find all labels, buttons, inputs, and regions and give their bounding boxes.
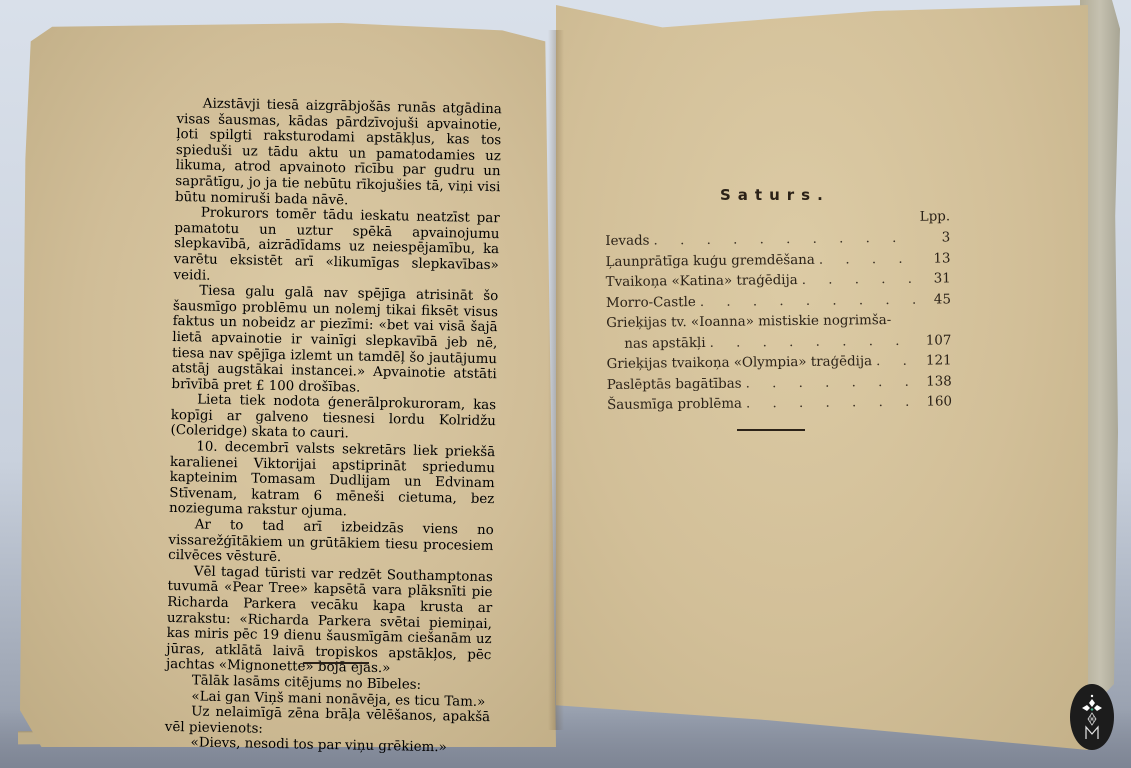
- toc-entry-page: 45: [915, 290, 951, 311]
- leader-dots: . . . . . . . . . . . . . . . . . . . . …: [709, 331, 915, 354]
- paragraph: Ar to tad arī izbeidzās viens no vissare…: [168, 517, 494, 570]
- watermark-logo-icon: [1077, 693, 1107, 741]
- toc-entry-page: 160: [916, 392, 952, 413]
- watermark-logo: [1070, 684, 1114, 750]
- paragraph: Prokurors tomēr tādu ieskatu neatzīst pa…: [173, 205, 499, 289]
- leader-dots: . . . . . . . . . . . . . . . . . . . . …: [745, 372, 915, 394]
- toc-title: Saturs.: [720, 186, 830, 204]
- toc-entry-page: 121: [915, 351, 951, 372]
- toc-end-rule: [737, 429, 805, 431]
- page-column-header: Lpp.: [605, 208, 950, 230]
- leader-dots: . . . . . . . . . . . . . . . . . . . . …: [876, 352, 916, 373]
- toc-entry-label: Morro-Castle: [606, 293, 700, 314]
- toc-entry-label: Ievads: [605, 231, 653, 252]
- leader-dots: . . . . . . . . . . . . . . . . . . . . …: [802, 270, 915, 292]
- leader-dots: . . . . . . . . . . . . . . . . . . . . …: [746, 393, 916, 415]
- leader-dots: . . . . . . . . . . . . . . . . . . . . …: [700, 290, 915, 313]
- paragraph: 10. decembrī valsts sekretārs liek priek…: [169, 439, 495, 523]
- toc-entry-page: 31: [915, 269, 951, 290]
- toc-entry-label: Ļaunprātīga kuģu gremdēšana: [605, 250, 819, 273]
- left-page-body-text: Aizstāvji tiesā aizgrābjošās runās atgād…: [164, 96, 502, 757]
- toc-entry: Grieķijas tv. «Ioanna» mistiskie nogrimš…: [606, 310, 951, 355]
- toc-entry-label-continued: nas apstākļi: [624, 333, 709, 354]
- paragraph: Aizstāvji tiesā aizgrābjošās runās atgād…: [175, 96, 502, 211]
- toc-entry-label: Tvaikoņa «Katina» traģēdija: [606, 271, 802, 294]
- paragraph: Tiesa galu galā nav spējīga atrisināt šo…: [171, 283, 498, 398]
- section-end-rule: [303, 662, 369, 664]
- toc-entry-label: Šausmīga problēma: [607, 395, 746, 417]
- toc-entry-page: 107: [915, 331, 951, 352]
- leader-dots: . . . . . . . . . . . . . . . . . . . . …: [819, 249, 915, 271]
- toc-entry: Šausmīga problēma . . . . . . . . . . . …: [607, 392, 952, 416]
- book-gutter: [548, 30, 564, 730]
- toc-entry-label: Grieķijas tvaikoņa «Olympia» traģēdija: [606, 352, 876, 375]
- toc-entry-page: 138: [916, 372, 952, 393]
- leader-dots: . . . . . . . . . . . . . . . . . . . . …: [653, 229, 914, 252]
- table-of-contents: Lpp. Ievads . . . . . . . . . . . . . . …: [605, 208, 952, 416]
- toc-entry-page: 13: [914, 249, 950, 270]
- paragraph: Lieta tiek nodota ģenerālprokuroram, kas…: [170, 392, 496, 445]
- toc-entry-page: 3: [914, 228, 950, 249]
- toc-entry-label: Paslēptās bagātības: [607, 374, 746, 396]
